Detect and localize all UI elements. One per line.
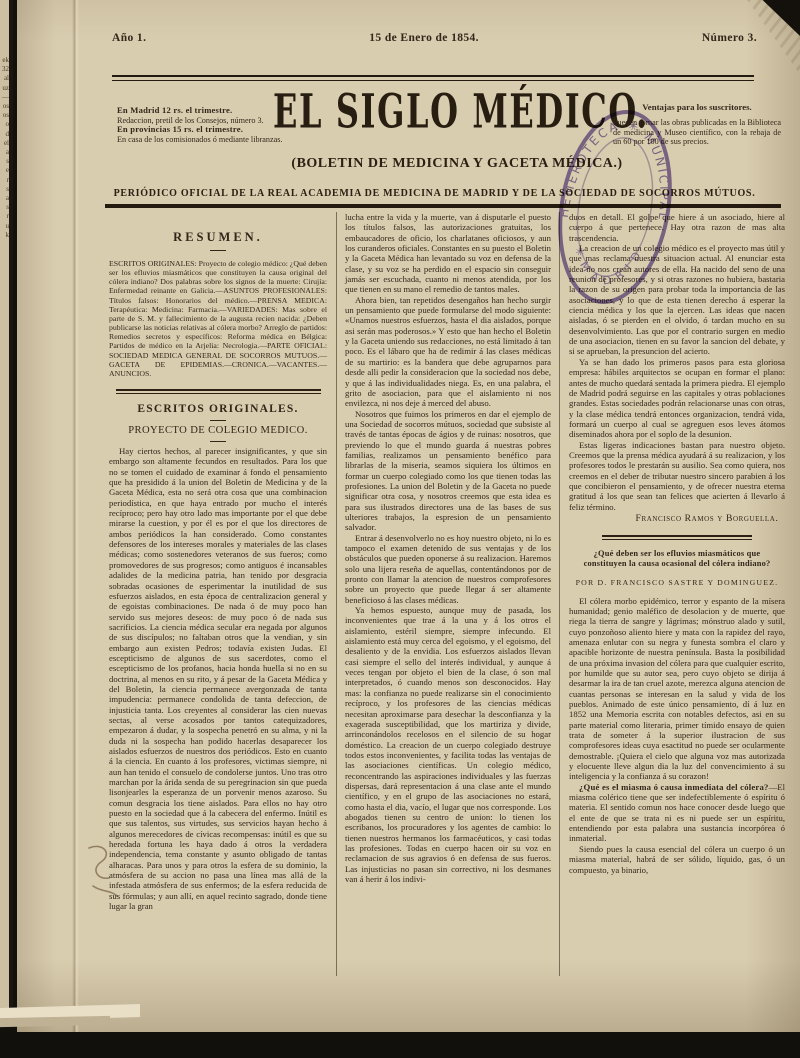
paragraph: Ya hemos espuesto, aunque muy de pasada,… [345, 605, 551, 884]
subscriber-benefits: Ventajas para los suscritores. Pueden to… [613, 103, 781, 147]
header-double-rule [112, 75, 754, 81]
paragraph: Hay ciertos hechos, al parecer insignifi… [109, 446, 327, 911]
issue-date: 15 de Enero de 1854. [369, 32, 479, 44]
subscription-line: En casa de los comisionados ó mediante l… [117, 135, 297, 145]
scanned-newspaper-photo: ek 32 al uz — os os o d el a s e r s a s… [0, 0, 800, 1058]
resumen-heading: RESUMEN. [109, 230, 327, 245]
heading-dash-rule [210, 441, 226, 442]
issue-number: Número 3. [702, 32, 757, 44]
section-heading: ESCRITOS ORIGINALES. [109, 403, 327, 415]
paragraph: Entrar á desenvolverlo no es hoy nuestro… [345, 533, 551, 605]
paragraph: Ahora bien, tan repetidos desengaños han… [345, 295, 551, 409]
edition-header: Año 1. 15 de Enero de 1854. Número 3. [112, 32, 757, 44]
paragraph: duos en detall. El golpe que hiere á un … [569, 212, 785, 243]
section-double-rule [116, 389, 321, 394]
benefits-title: Ventajas para los suscritores. [613, 103, 781, 113]
heading-dash-rule [210, 420, 226, 421]
paragraph: lucha entre la vida y la muerte, van á d… [345, 212, 551, 295]
year-label: Año 1. [112, 32, 146, 44]
column-2: lucha entre la vida y la muerte, van á d… [336, 212, 560, 976]
paragraph: Nosotros que fuimos los primeros en dar … [345, 409, 551, 533]
article1-column1-text: Hay ciertos hechos, al parecer insignifi… [109, 446, 327, 911]
article2-text: El cólera morbo epidémico, terror y espa… [569, 596, 785, 875]
subscription-line: En Madrid 12 rs. el trimestre. [117, 106, 297, 116]
article-divider-rule [602, 535, 752, 540]
adjacent-page-edge: ek 32 al uz — os os o d el a s e r s a s… [0, 0, 13, 1012]
article1-title: PROYECTO DE COLEGIO MEDICO. [109, 425, 327, 436]
column-1: RESUMEN. ESCRITOS ORIGINALES: Proyecto d… [109, 212, 336, 976]
heading-dash-rule [210, 250, 226, 251]
benefits-body: Pueden tomar las obras publicadas en la … [613, 118, 781, 147]
newspaper-page: Año 1. 15 de Enero de 1854. Número 3. En… [17, 0, 800, 1032]
official-organ-line: PERIÓDICO OFICIAL DE LA REAL ACADEMIA DE… [112, 188, 757, 199]
newspaper-subtitle: (BOLETIN DE MEDICINA Y GACETA MÉDICA.) [177, 156, 737, 172]
article1-signature: Francisco Ramos y Borguella. [629, 513, 785, 524]
article2-title: ¿Qué deben ser los efluvios miasmáticos … [571, 549, 783, 569]
column-3: duos en detall. El golpe que hiere á un … [560, 212, 785, 976]
article1-column3-text: duos en detall. El golpe que hiere á un … [569, 212, 785, 512]
pen-mark-decoration [83, 840, 129, 900]
paragraph: La creacion de un colegio médico es el p… [569, 243, 785, 357]
photo-background-bottom [0, 1032, 800, 1058]
masthead-thick-rule [105, 204, 781, 208]
inline-question-heading: ¿Qué es el miasma ó causa inmediata del … [579, 782, 769, 792]
article-columns: RESUMEN. ESCRITOS ORIGINALES: Proyecto d… [109, 212, 785, 976]
vertical-fold-crease [72, 0, 79, 1032]
paragraph: Ya se han dado los primeros pasos para e… [569, 357, 785, 440]
subscription-line: En provincias 15 rs. el trimestre. [117, 125, 297, 135]
paragraph: El cólera morbo epidémico, terror y espa… [569, 596, 785, 782]
newspaper-title: EL SIGLO MÉDICO. [273, 84, 641, 139]
paragraph: Siendo pues la causa esencial del cólera… [569, 844, 785, 875]
article1-column2-text: lucha entre la vida y la muerte, van á d… [345, 212, 551, 884]
resumen-body: ESCRITOS ORIGINALES: Proyecto de colegio… [109, 259, 327, 378]
article2-byline: POR D. FRANCISCO SASTRE Y DOMINGUEZ. [569, 578, 785, 587]
paragraph: Estas ligeras indicaciones bastan para n… [569, 440, 785, 512]
paragraph: ¿Qué es el miasma ó causa inmediata del … [569, 782, 785, 844]
subscription-info: En Madrid 12 rs. el trimestre. Redaccion… [117, 106, 297, 145]
